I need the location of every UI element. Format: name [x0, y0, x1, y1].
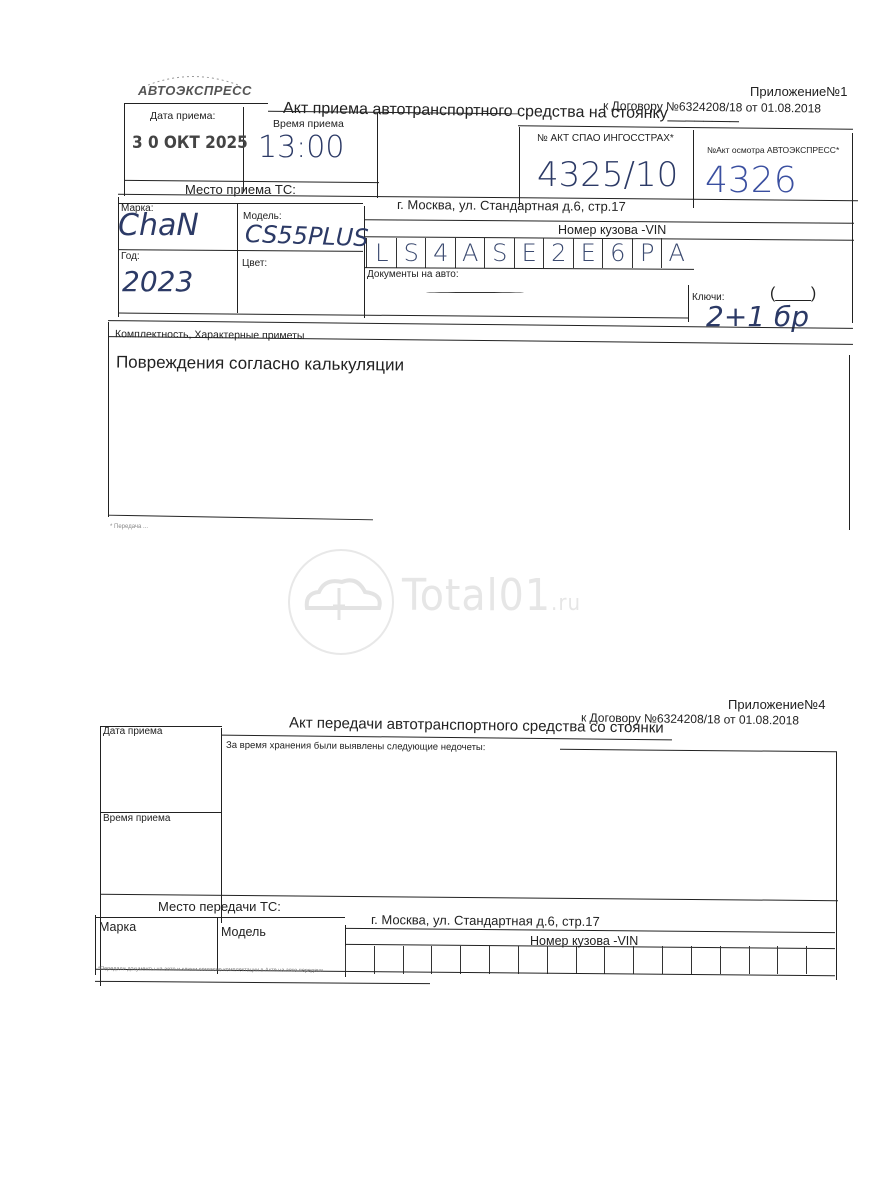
form2-footnote: *Передали документы на авто и ключи согл…: [98, 966, 323, 974]
act-autoexpress-label: №Акт осмотра АВТОЭКСПРЕСС*: [707, 145, 839, 155]
form1-title-underline: ________: [668, 105, 739, 123]
vin-char-cell: 4: [425, 238, 456, 268]
vin-empty-cell: [749, 946, 779, 974]
vin-empty-cell: [374, 946, 404, 974]
form2-time-label: Время приема: [103, 813, 170, 824]
vin-empty-cell: [489, 946, 519, 974]
vin-empty-cell: [576, 946, 606, 974]
vin-empty-cell: [806, 946, 836, 974]
vin-empty-cell: [691, 946, 721, 974]
act-ingos-value: 4325/10: [537, 155, 678, 195]
year-value: 2023: [122, 265, 193, 298]
vin-char-cell: S: [484, 238, 515, 268]
form2-model-label: Модель: [221, 925, 266, 939]
vin-char-cell: A: [661, 238, 692, 268]
vin-label: Номер кузова -VIN: [558, 223, 666, 237]
act-ingos-label: № АКТ СПАО ИНГОССТРАХ*: [537, 133, 674, 144]
vin-empty-cell: [547, 946, 577, 974]
form2-date-label: Дата приема: [103, 726, 162, 737]
vin-empty-cell: [460, 946, 490, 974]
vin-empty-cell: [633, 946, 663, 974]
watermark-brand: Total01: [402, 570, 551, 621]
color-label: Цвет:: [242, 258, 267, 269]
vin-empty-cell: [662, 946, 692, 974]
defects-label: За время хранения были выявлены следующи…: [226, 740, 486, 753]
vin-char-cell: S: [396, 238, 427, 268]
docs-label: Документы на авто:: [367, 269, 459, 280]
form2-place-value: г. Москва, ул. Стандартная д.6, стр.17: [371, 912, 600, 929]
brand-value: ChaN: [118, 208, 199, 243]
vin-char-cell: E: [514, 238, 545, 268]
vin-char-cell: 2: [543, 238, 574, 268]
vin-empty-cell: [518, 946, 548, 974]
vin-empty-cell: [777, 946, 807, 974]
watermark-text: Total01.ru: [402, 570, 581, 621]
vin-empty-cell: [345, 946, 375, 974]
model-value: CS55PLUS: [245, 220, 370, 252]
year-label: Год:: [121, 251, 140, 262]
vin-char-cell: E: [573, 238, 604, 268]
form1-appendix: Приложение№1: [750, 84, 847, 99]
completeness-label: Комплектность, Характерные приметы: [115, 328, 305, 342]
form2-place-label: Место передачи ТС:: [158, 899, 281, 914]
vin-char-cell: A: [455, 238, 486, 268]
place-value: г. Москва, ул. Стандартная д.6, стр.17: [397, 197, 626, 214]
date-label: Дата приема:: [150, 110, 215, 122]
vin-char-cell: L: [366, 238, 397, 268]
vin-empty-cell: [720, 946, 750, 974]
car-cloud-logo-icon: [287, 548, 397, 658]
act-autoexpress-value: 4326: [705, 160, 797, 201]
logo-text: АВТОЭКСПРЕСС: [138, 83, 252, 98]
form2-brand-label: Марка: [99, 920, 136, 934]
docs-dash: [426, 292, 524, 293]
completeness-value: Повреждения согласно калькуляции: [116, 352, 404, 375]
watermark-suffix: .ru: [551, 591, 581, 616]
vin-empty-cell: [431, 946, 461, 974]
form2-appendix: Приложение№4: [728, 697, 825, 712]
date-stamp: 3 0 ОКТ 2025: [132, 133, 248, 153]
place-label: Место приема ТС:: [185, 182, 296, 197]
vin-char-cell: 6: [602, 238, 633, 268]
time-label: Время приема: [273, 118, 344, 130]
vin-char-cell: P: [632, 238, 663, 268]
form1-footnote: * Передача ...: [110, 524, 148, 530]
vin-empty-cell: [604, 946, 634, 974]
time-value: 13:00: [258, 130, 344, 165]
vin-grid: LS4ASE2E6PA: [366, 238, 696, 269]
autoexpress-logo: АВТОЭКСПРЕСС: [138, 72, 248, 102]
vin-empty-cell: [403, 946, 433, 974]
